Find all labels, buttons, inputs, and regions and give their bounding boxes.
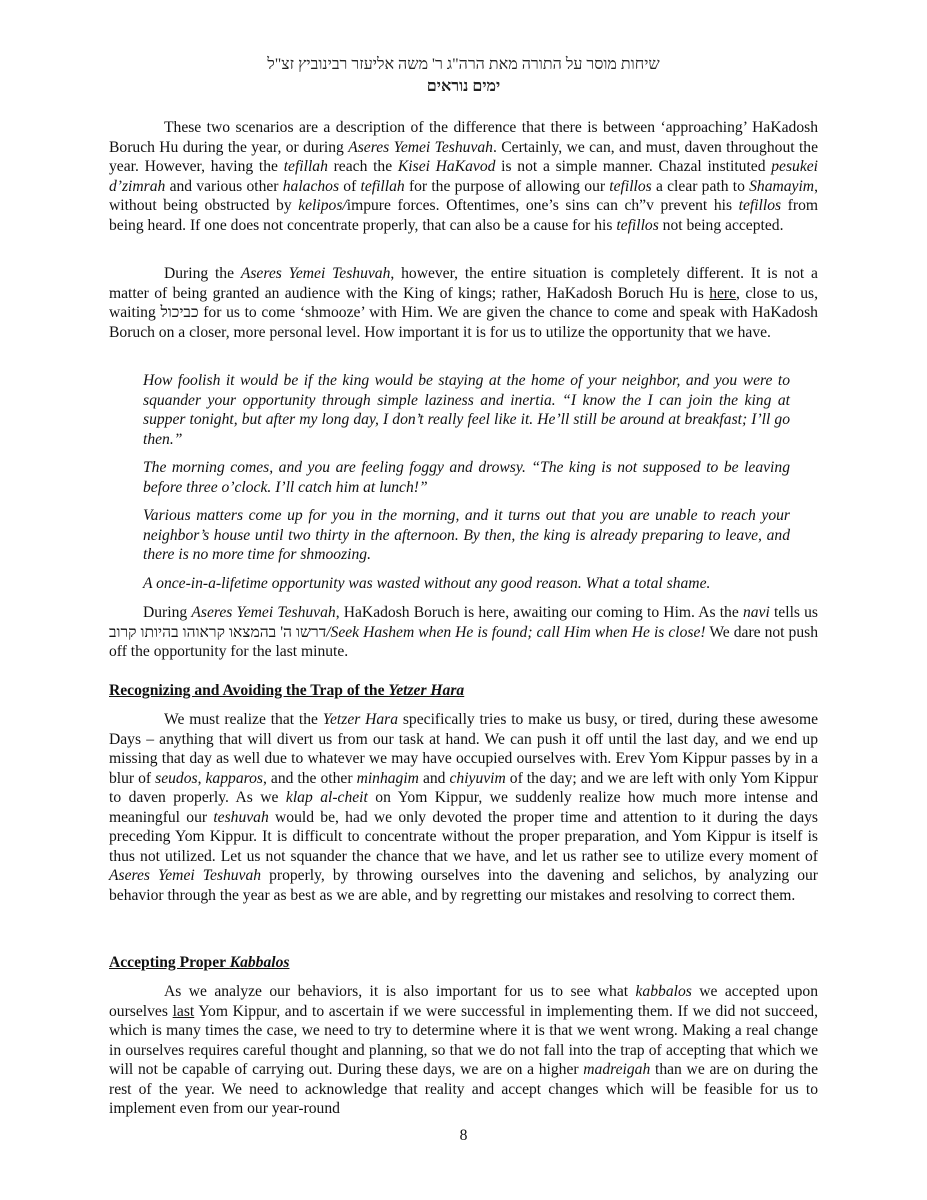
- paragraph-kabbalos: As we analyze our behaviors, it is also …: [109, 982, 818, 1119]
- section-heading-yetzer-hara: Recognizing and Avoiding the Trap of the…: [109, 681, 818, 701]
- header-subtitle: ימים נוראים: [0, 78, 927, 96]
- quote-4: A once-in-a-lifetime opportunity was was…: [143, 574, 790, 594]
- paragraph-2: During the Aseres Yemei Teshuvah, howeve…: [109, 264, 818, 342]
- section-heading-kabbalos: Accepting Proper Kabbalos: [109, 953, 818, 973]
- paragraph-3: During Aseres Yemei Teshuvah, HaKadosh B…: [109, 603, 818, 662]
- quote-2: The morning comes, and you are feeling f…: [143, 458, 790, 497]
- quote-3: Various matters come up for you in the m…: [143, 506, 790, 565]
- page-number: 8: [0, 1127, 927, 1145]
- quote-1: How foolish it would be if the king woul…: [143, 371, 790, 449]
- paragraph-yetzer-hara: We must realize that the Yetzer Hara spe…: [109, 710, 818, 905]
- header-title: שיחות מוסר על התורה מאת הרה"ג ר' משה אלי…: [0, 56, 927, 74]
- paragraph-1: These two scenarios are a description of…: [109, 118, 818, 235]
